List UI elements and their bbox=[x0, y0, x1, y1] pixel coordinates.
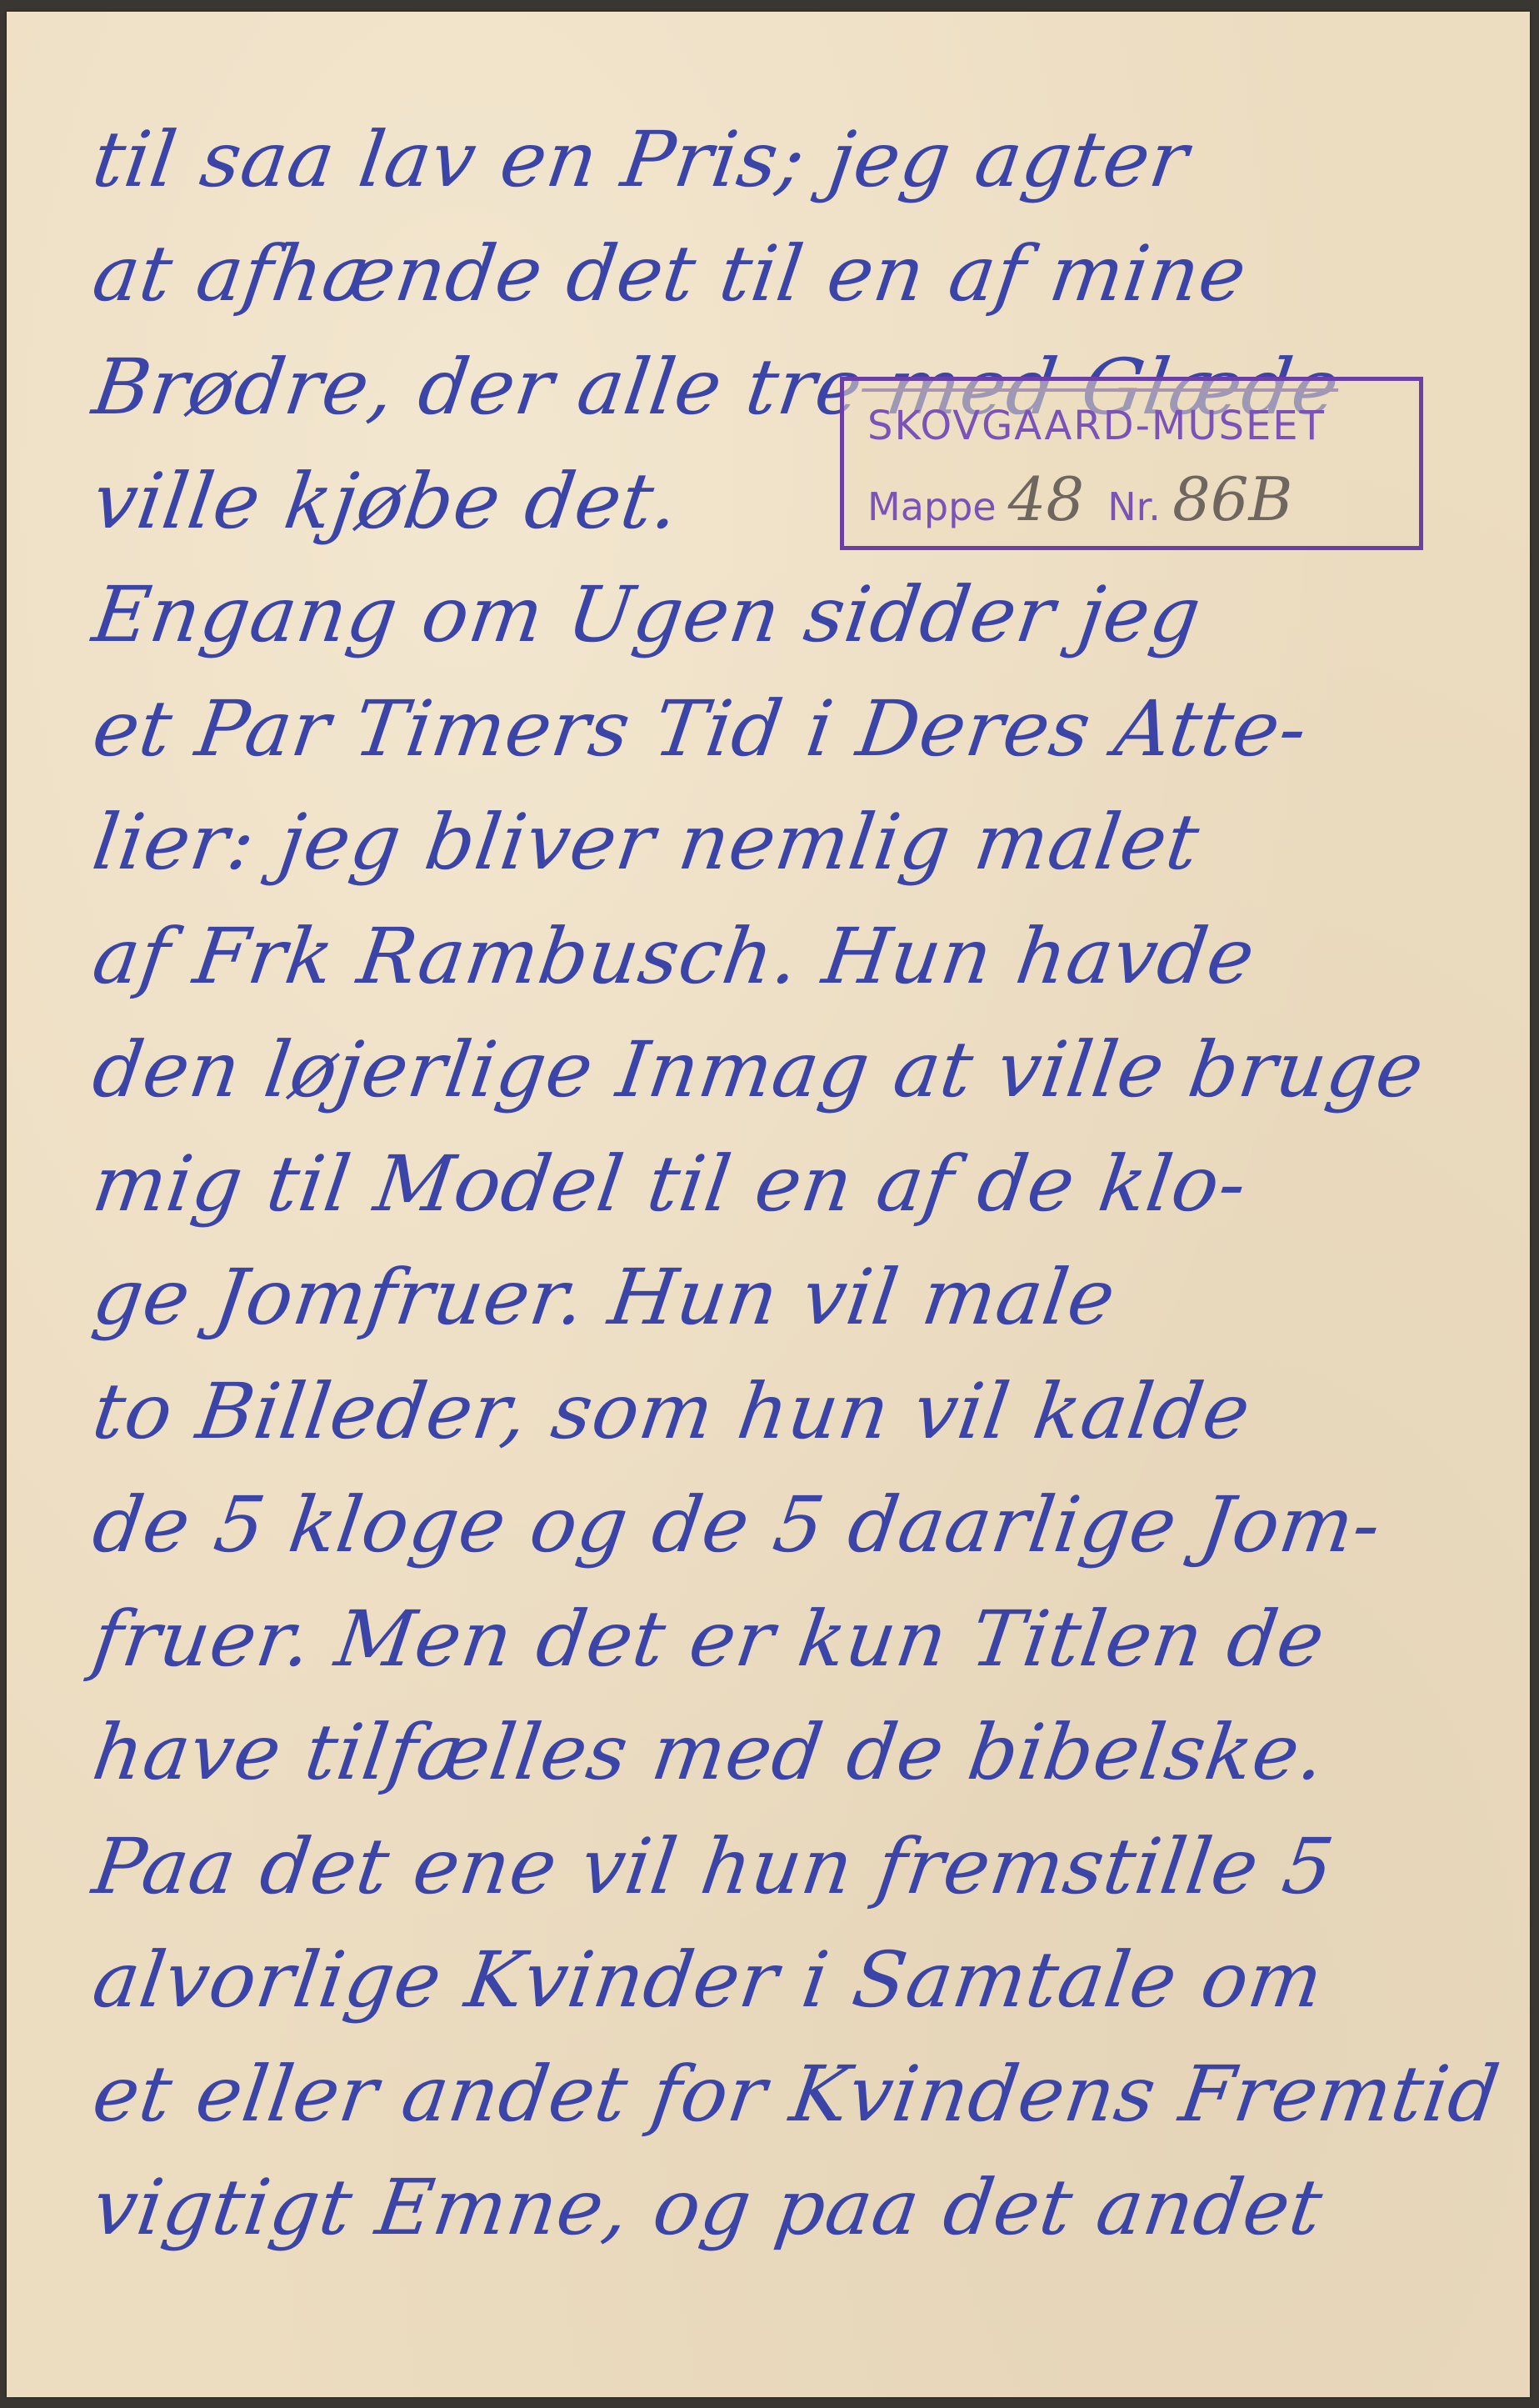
letter-line: de 5 kloge og de 5 daarlige Jom- bbox=[86, 1469, 1535, 1583]
stamp-reference-row: Mappe 48 Nr. 86B bbox=[867, 474, 1307, 529]
letter-line: alvorlige Kvinder i Samtale om bbox=[86, 1924, 1535, 2038]
letter-line: Engang om Ugen sidder jeg bbox=[86, 558, 1535, 673]
museum-archive-stamp: SKOVGAARD-MUSEET Mappe 48 Nr. 86B bbox=[840, 377, 1423, 550]
letter-line: have tilfælles med de bibelske. bbox=[86, 1696, 1535, 1810]
stamp-item-number: 86B bbox=[1172, 474, 1293, 524]
letter-line: mig til Model til en af de klo- bbox=[86, 1128, 1535, 1242]
letter-paper: til saa lav en Pris; jeg agter at afhænd… bbox=[7, 12, 1530, 2397]
letter-line: vigtigt Emne, og paa det andet bbox=[86, 2151, 1535, 2265]
letter-line: fruer. Men det er kun Titlen de bbox=[86, 1583, 1535, 1697]
stamp-folder-number: 48 bbox=[1008, 474, 1085, 524]
letter-line-text: Brødre, der alle tre bbox=[87, 343, 868, 432]
letter-line: to Billeder, som hun vil kalde bbox=[86, 1355, 1535, 1469]
letter-line: at afhænde det til en af mine bbox=[86, 218, 1535, 332]
letter-line: et Par Timers Tid i Deres Atte- bbox=[86, 673, 1535, 787]
letter-line: Paa det ene vil hun fremstille 5 bbox=[86, 1810, 1535, 1925]
stamp-folder-label: Mappe bbox=[867, 484, 997, 529]
scanned-page: til saa lav en Pris; jeg agter at afhænd… bbox=[0, 0, 1539, 2408]
stamp-number-label: Nr. bbox=[1107, 484, 1161, 529]
letter-line: af Frk Rambusch. Hun havde bbox=[86, 900, 1535, 1014]
letter-line: lier: jeg bliver nemlig malet bbox=[86, 786, 1535, 900]
letter-line: et eller andet for Kvindens Fremtid bbox=[86, 2038, 1535, 2152]
stamp-institution: SKOVGAARD-MUSEET bbox=[867, 403, 1326, 449]
letter-line: den løjerlige Inmag at ville bruge bbox=[86, 1014, 1535, 1128]
letter-line: til saa lav en Pris; jeg agter bbox=[86, 103, 1535, 218]
letter-line: ge Jomfruer. Hun vil male bbox=[86, 1241, 1535, 1355]
